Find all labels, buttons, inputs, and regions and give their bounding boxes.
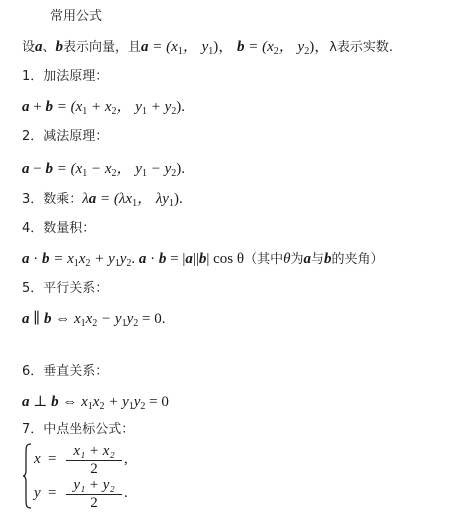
formula-sub: a − b = (x1 − x2， y1 − y2). [22, 160, 185, 178]
section-4-label: 4．数量积： [22, 220, 95, 238]
vector-b: b [237, 39, 245, 55]
punctuation: . [124, 485, 128, 502]
term: + x [87, 99, 111, 115]
vector-a: a [22, 99, 30, 115]
term: = 0. [138, 311, 165, 327]
section-7-label: 7．中点坐标公式： [22, 421, 134, 439]
section-3-label: 3．数乘： [22, 192, 82, 207]
y-var: y [34, 485, 41, 502]
vector-a: a [303, 251, 311, 267]
operator: − [30, 161, 46, 177]
a-def-close: )， [213, 39, 233, 55]
formula-perp: a ⊥ b ⇔ x1x2 + y1y2 = 0 [22, 393, 169, 411]
note: （其中 [244, 252, 283, 267]
term: = x [50, 251, 74, 267]
formula-add: a + b = (x1 + x2， y1 + y2). [22, 98, 185, 116]
operator: · [146, 251, 159, 267]
vector-a: a [22, 311, 30, 327]
denominator: 2 [66, 495, 122, 511]
term: − y [97, 311, 121, 327]
left-brace-icon [22, 443, 32, 509]
term: = | [166, 251, 185, 267]
b-def-y: ， y [279, 39, 304, 55]
vector-b: b [51, 394, 59, 410]
numerator: x₁ + x₂ [66, 443, 122, 461]
vector-a: a [141, 39, 149, 55]
operator: + [30, 99, 46, 115]
denominator: 2 [66, 461, 122, 477]
equals: = [48, 451, 56, 468]
note: 的夹角） [332, 252, 384, 267]
separator: 、 [43, 40, 56, 55]
term: = 0 [145, 394, 168, 410]
term: ， y [117, 99, 142, 115]
formula-dot: a · b = x1x2 + y1y2. a · b = |a||b| cos … [22, 250, 384, 269]
formula-parallel: a ∥ b ⇔ x1x2 − y1y2 = 0. [22, 310, 165, 328]
section-6-label: 6．垂直关系： [22, 363, 108, 381]
a-def-y: ， y [183, 39, 208, 55]
vector-a: a [22, 251, 30, 267]
term: = (x [53, 161, 82, 177]
midpoint-system: x = x₁ + x₂ 2 , y = y₁ + y₂ 2 . [22, 443, 162, 513]
term: − x [87, 161, 111, 177]
term: + y [104, 394, 128, 410]
operator: ⊥ [30, 394, 52, 410]
term: = (x [53, 99, 82, 115]
term: ). [174, 191, 183, 207]
term: + y [90, 251, 114, 267]
fraction: x₁ + x₂ 2 [66, 443, 122, 477]
term: ⇔ x [51, 311, 80, 327]
x-var: x [34, 451, 41, 468]
term: ， λy [137, 191, 169, 207]
term: | cos θ [206, 251, 244, 267]
vector-a: a [22, 161, 30, 177]
note: 为 [290, 252, 303, 267]
a-def: = (x [149, 39, 178, 55]
term: ). [176, 99, 185, 115]
operator: · [30, 251, 43, 267]
intro-text: 表示向量，且 [63, 40, 141, 55]
vector-b: b [56, 39, 64, 55]
term: ). [176, 161, 185, 177]
term: + y [147, 99, 171, 115]
lambda-text: λ表示实数. [329, 40, 393, 55]
vector-b: b [42, 251, 50, 267]
vector-b: b [45, 99, 53, 115]
punctuation: , [124, 451, 128, 468]
equals: = [48, 485, 56, 502]
intro-prefix: 设 [22, 40, 35, 55]
term: = (λx [96, 191, 132, 207]
term: ， y [117, 161, 142, 177]
b-def-close: )， [309, 39, 329, 55]
term: ⇔ x [59, 394, 88, 410]
fraction: y₁ + y₂ 2 [66, 477, 122, 511]
operator: ∥ [30, 311, 44, 327]
numerator: y₁ + y₂ [66, 477, 122, 495]
page-title: 常用公式 [50, 8, 102, 26]
term: . [131, 251, 139, 267]
section-5-label: 5．平行关系： [22, 280, 108, 298]
vector-a: a [22, 394, 30, 410]
term: − y [147, 161, 171, 177]
vector-b: b [324, 251, 332, 267]
note: 与 [311, 252, 324, 267]
section-3: 3．数乘：λa = (λx1， λy1). [22, 190, 183, 209]
vector-a: a [185, 251, 193, 267]
vector-b: b [45, 161, 53, 177]
intro-line: 设a、b表示向量，且a = (x1， y1)， b = (x2， y2)，λ表示… [22, 38, 393, 57]
vector-a: a [35, 39, 43, 55]
section-1-label: 1．加法原理： [22, 68, 108, 86]
section-2-label: 2．减法原理： [22, 128, 108, 146]
b-def: = (x [245, 39, 274, 55]
